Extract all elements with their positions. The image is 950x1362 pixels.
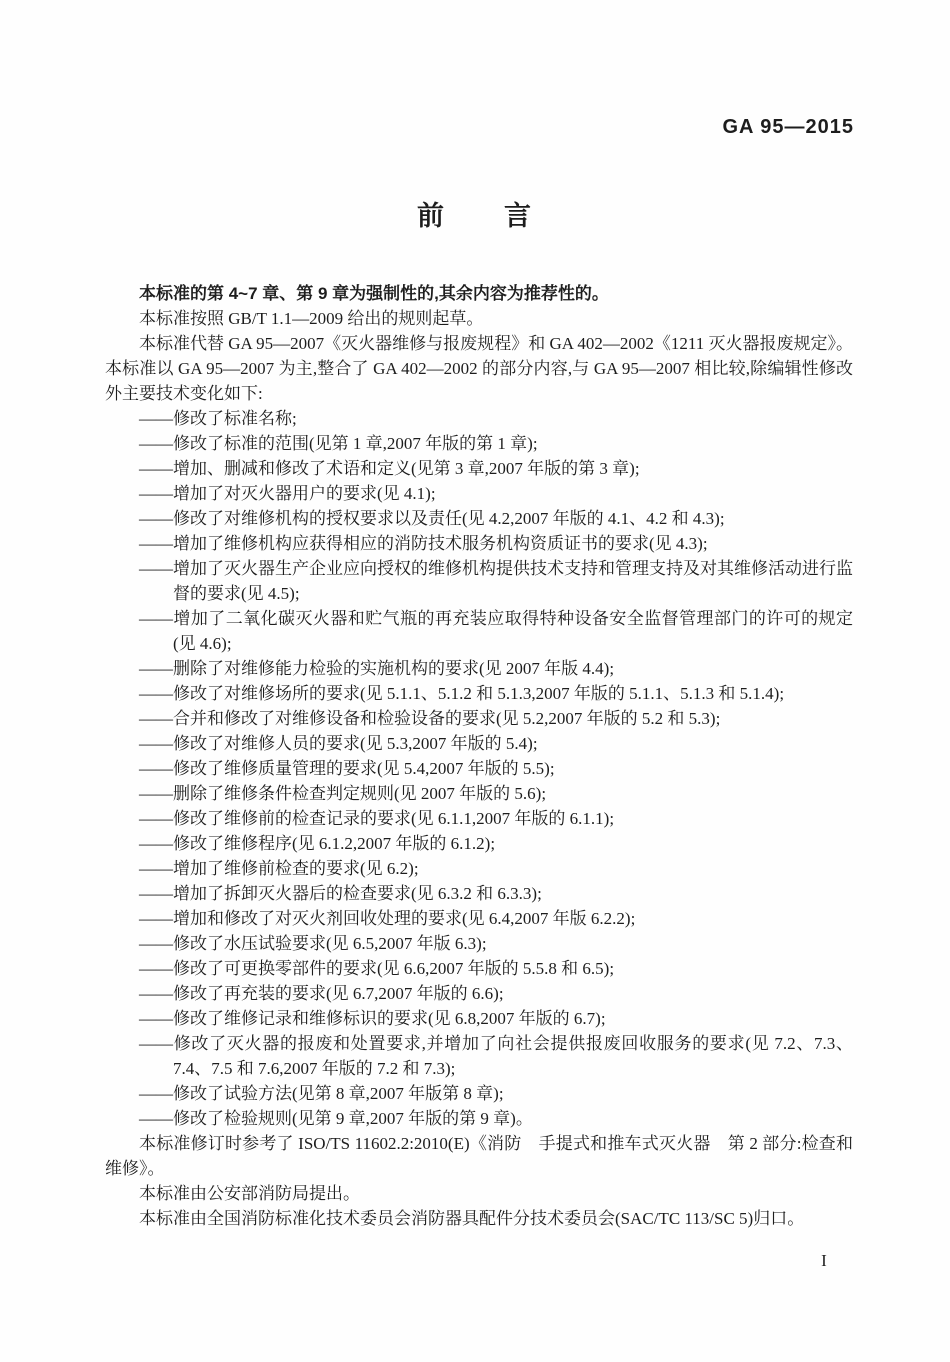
change-list-item: ——增加了对灭火器用户的要求(见 4.1); bbox=[105, 481, 853, 506]
change-list-item: ——修改了试验方法(见第 8 章,2007 年版第 8 章); bbox=[105, 1081, 853, 1106]
change-list-item: ——修改了灭火器的报废和处置要求,并增加了向社会提供报废回收服务的要求(见 7.… bbox=[105, 1031, 853, 1081]
paragraph-mandatory-clauses: 本标准的第 4~7 章、第 9 章为强制性的,其余内容为推荐性的。 bbox=[105, 281, 853, 306]
foreword-body: 本标准的第 4~7 章、第 9 章为强制性的,其余内容为推荐性的。 本标准按照 … bbox=[105, 281, 853, 1231]
change-list-item: ——修改了可更换零部件的要求(见 6.6,2007 年版的 5.5.8 和 6.… bbox=[105, 956, 853, 981]
change-list-item: ——修改了维修程序(见 6.1.2,2007 年版的 6.1.2); bbox=[105, 831, 853, 856]
change-list-item: ——合并和修改了对维修设备和检验设备的要求(见 5.2,2007 年版的 5.2… bbox=[105, 706, 853, 731]
change-list-item: ——修改了标准名称; bbox=[105, 406, 853, 431]
paragraph-proposed-by: 本标准由公安部消防局提出。 bbox=[105, 1181, 853, 1206]
change-list-item: ——增加了灭火器生产企业应向授权的维修机构提供技术支持和管理支持及对其维修活动进… bbox=[105, 556, 853, 606]
change-list-item: ——增加和修改了对灭火剂回收处理的要求(见 6.4,2007 年版 6.2.2)… bbox=[105, 906, 853, 931]
change-list-item: ——增加了维修前检查的要求(见 6.2); bbox=[105, 856, 853, 881]
paragraph-under-jurisdiction: 本标准由全国消防标准化技术委员会消防器具配件分技术委员会(SAC/TC 113/… bbox=[105, 1206, 853, 1231]
change-list-item: ——增加了拆卸灭火器后的检查要求(见 6.3.2 和 6.3.3); bbox=[105, 881, 853, 906]
change-list-item: ——修改了对维修机构的授权要求以及责任(见 4.2,2007 年版的 4.1、4… bbox=[105, 506, 853, 531]
document-page: GA 95—2015 前 言 本标准的第 4~7 章、第 9 章为强制性的,其余… bbox=[0, 0, 950, 1362]
change-list-item: ——修改了维修质量管理的要求(见 5.4,2007 年版的 5.5); bbox=[105, 756, 853, 781]
change-list-item: ——修改了标准的范围(见第 1 章,2007 年版的第 1 章); bbox=[105, 431, 853, 456]
paragraph-replaced-standards: 本标准代替 GA 95—2007《灭火器维修与报废规程》和 GA 402—200… bbox=[105, 331, 853, 406]
page-number: I bbox=[812, 1251, 836, 1271]
change-list-item: ——修改了再充装的要求(见 6.7,2007 年版的 6.6); bbox=[105, 981, 853, 1006]
page-title: 前 言 bbox=[0, 194, 950, 233]
change-list-item: ——修改了检验规则(见第 9 章,2007 年版的第 9 章)。 bbox=[105, 1106, 853, 1131]
change-list-item: ——删除了对维修能力检验的实施机构的要求(见 2007 年版 4.4); bbox=[105, 656, 853, 681]
change-list-item: ——增加、删减和修改了术语和定义(见第 3 章,2007 年版的第 3 章); bbox=[105, 456, 853, 481]
change-list-item: ——删除了维修条件检查判定规则(见 2007 年版的 5.6); bbox=[105, 781, 853, 806]
change-list-item: ——修改了对维修人员的要求(见 5.3,2007 年版的 5.4); bbox=[105, 731, 853, 756]
change-list-item: ——修改了对维修场所的要求(见 5.1.1、5.1.2 和 5.1.3,2007… bbox=[105, 681, 853, 706]
change-list-item: ——增加了维修机构应获得相应的消防技术服务机构资质证书的要求(见 4.3); bbox=[105, 531, 853, 556]
standard-code: GA 95—2015 bbox=[722, 116, 854, 139]
paragraph-drafting-rules: 本标准按照 GB/T 1.1—2009 给出的规则起草。 bbox=[105, 306, 853, 331]
change-list-item: ——修改了水压试验要求(见 6.5,2007 年版 6.3); bbox=[105, 931, 853, 956]
paragraph-iso-reference: 本标准修订时参考了 ISO/TS 11602.2:2010(E)《消防 手提式和… bbox=[105, 1131, 853, 1181]
change-list-item: ——增加了二氧化碳灭火器和贮气瓶的再充装应取得特种设备安全监督管理部门的许可的规… bbox=[105, 606, 853, 656]
change-list-item: ——修改了维修前的检查记录的要求(见 6.1.1,2007 年版的 6.1.1)… bbox=[105, 806, 853, 831]
change-list-item: ——修改了维修记录和维修标识的要求(见 6.8,2007 年版的 6.7); bbox=[105, 1006, 853, 1031]
technical-changes-list: ——修改了标准名称;——修改了标准的范围(见第 1 章,2007 年版的第 1 … bbox=[105, 406, 853, 1131]
